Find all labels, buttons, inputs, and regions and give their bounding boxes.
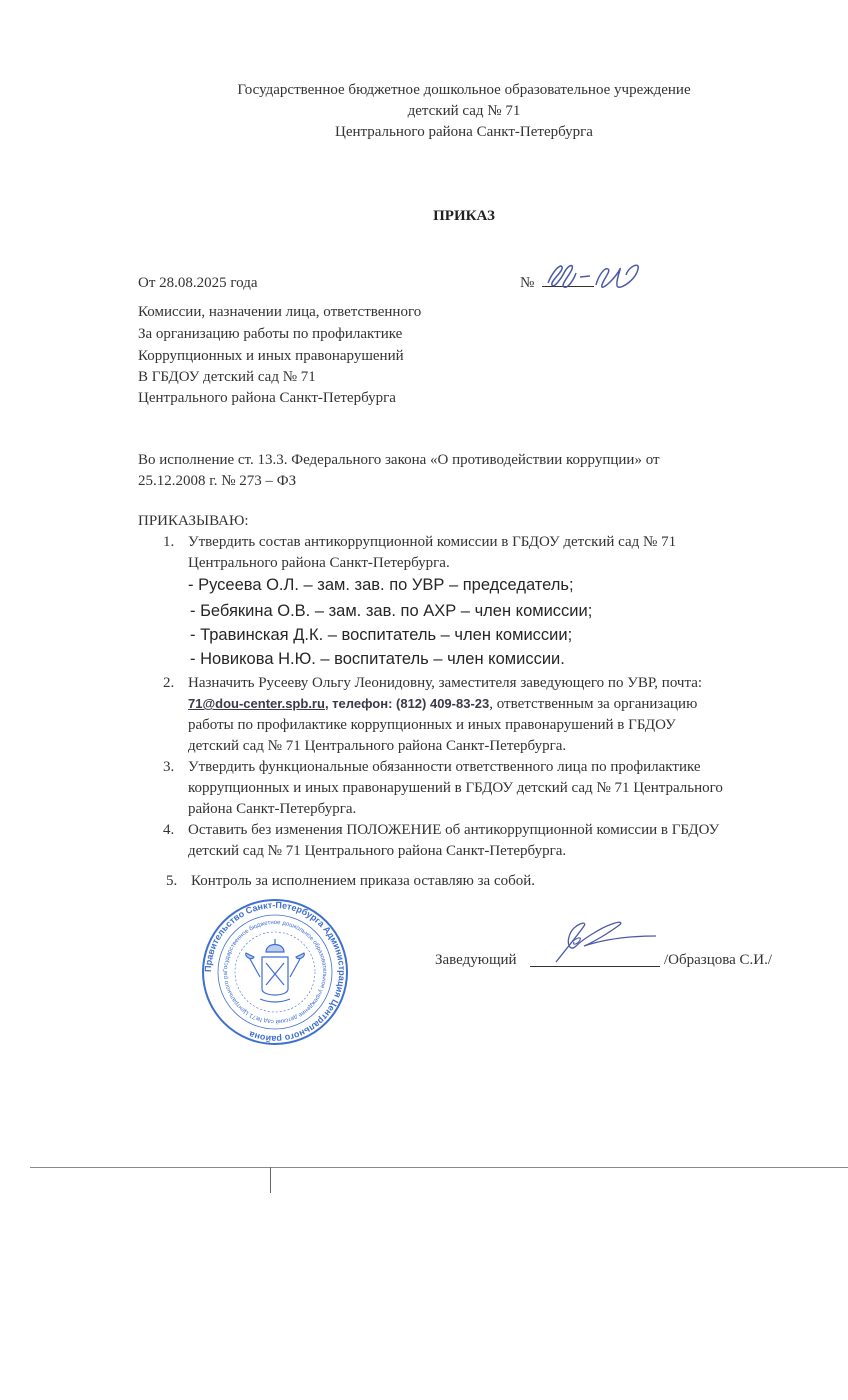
- order-date: От 28.08.2025 года: [138, 273, 258, 293]
- phone-text: , телефон: (812) 409-83-23: [325, 696, 489, 711]
- subject-line: Комиссии, назначении лица, ответственног…: [138, 302, 421, 322]
- item-5-number: 5.: [166, 871, 177, 891]
- item-2-line3: работы по профилактике коррупционных и и…: [188, 715, 676, 735]
- item-3-line1: Утвердить функциональные обязанности отв…: [188, 757, 701, 777]
- item-3-line2: коррупционных и иных правонарушений в ГБ…: [188, 778, 723, 798]
- item-2-line2: 71@dou-center.spb.ru, телефон: (812) 409…: [188, 694, 697, 714]
- item-2-line2-rest: , ответственным за организацию: [489, 696, 697, 712]
- subject-line: За организацию работы по профилактике: [138, 324, 402, 344]
- item-1-line2: Центрального района Санкт-Петербурга.: [188, 553, 450, 573]
- item-2-line4: детский сад № 71 Центрального района Сан…: [188, 736, 566, 756]
- committee-member: - Бебякина О.В. – зам. зав. по АХР – чле…: [190, 600, 592, 622]
- item-2-line1: Назначить Русееву Ольгу Леонидовну, заме…: [188, 673, 702, 693]
- org-name-line3: Центрального района Санкт-Петербурга: [0, 122, 848, 142]
- subject-line: В ГБДОУ детский сад № 71: [138, 367, 316, 387]
- item-4-line1: Оставить без изменения ПОЛОЖЕНИЕ об анти…: [188, 820, 719, 840]
- preamble-line1: Во исполнение ст. 13.3. Федерального зак…: [138, 450, 660, 470]
- item-4-line2: детский сад № 71 Центрального района Сан…: [188, 841, 566, 861]
- handwritten-number-icon: [538, 255, 648, 295]
- document-title: ПРИКАЗ: [0, 208, 848, 225]
- page-edge-tick: [270, 1167, 271, 1193]
- item-2-number: 2.: [163, 673, 174, 693]
- committee-member: - Травинская Д.К. – воспитатель – член к…: [190, 624, 572, 646]
- item-4-number: 4.: [163, 820, 174, 840]
- org-name-line2: детский сад № 71: [0, 101, 848, 121]
- item-3-number: 3.: [163, 757, 174, 777]
- committee-member: - Русеева О.Л. – зам. зав. по УВР – пред…: [188, 574, 574, 596]
- email-link[interactable]: 71@dou-center.spb.ru: [188, 696, 325, 711]
- signatory-name: /Образцова С.И./: [664, 950, 772, 970]
- org-name-line1: Государственное бюджетное дошкольное обр…: [0, 80, 848, 100]
- number-sign: №: [520, 275, 534, 291]
- preamble-line2: 25.12.2008 г. № 273 – ФЗ: [138, 471, 296, 491]
- item-1-line1: Утвердить состав антикоррупционной комис…: [188, 532, 676, 552]
- handwritten-signature-icon: [540, 918, 670, 966]
- item-1-number: 1.: [163, 532, 174, 552]
- subject-line: Центрального района Санкт-Петербурга: [138, 388, 396, 408]
- item-5-line1: Контроль за исполнением приказа оставляю…: [191, 871, 535, 891]
- order-word: ПРИКАЗЫВАЮ:: [138, 511, 249, 531]
- signature-line: [530, 966, 660, 967]
- signature-position: Заведующий: [435, 950, 517, 970]
- committee-member: - Новикова Н.Ю. – воспитатель – член ком…: [190, 648, 565, 670]
- subject-line: Коррупционных и иных правонарушений: [138, 346, 404, 366]
- page-edge-line: [30, 1167, 848, 1168]
- official-stamp-icon: Правительство Санкт-Петербурга Администр…: [200, 897, 350, 1047]
- item-3-line3: района Санкт-Петербурга.: [188, 799, 356, 819]
